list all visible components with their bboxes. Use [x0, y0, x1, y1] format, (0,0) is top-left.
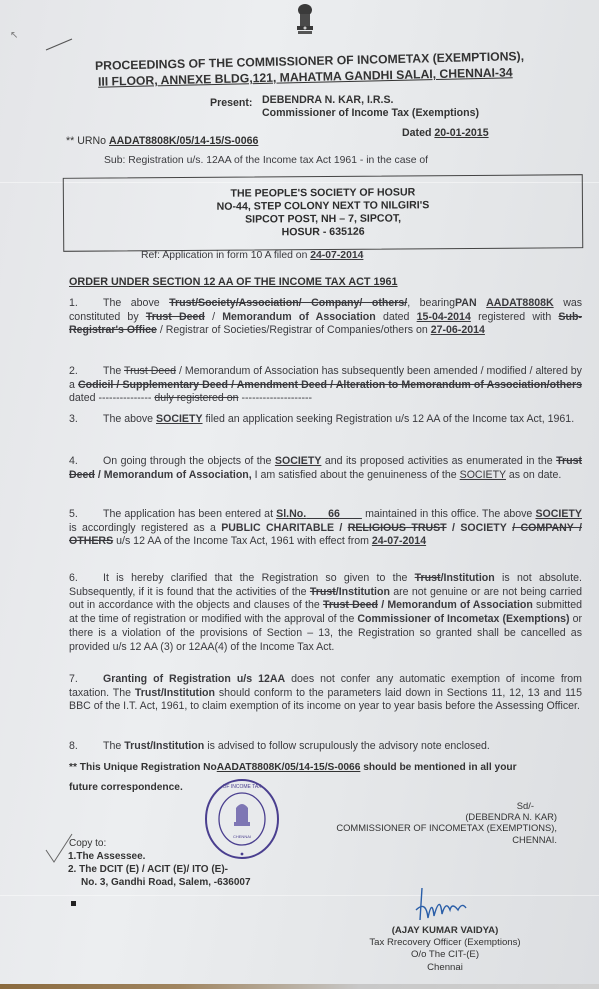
commissioner-name: (DEBENDRA N. KAR) [320, 811, 557, 822]
text: The above [103, 413, 153, 425]
paper-fold [0, 895, 599, 896]
present-label: Present: [210, 97, 252, 109]
copy-to-item: 1.The Assessee. [68, 851, 145, 863]
urn-line: ** URNo AADAT8808K/05/14-15/S-0066 [66, 135, 258, 147]
reference-date: 24-07-2014 [310, 250, 363, 261]
pan-number: AADAT8808K [486, 297, 554, 309]
text: The application has been entered at [103, 508, 273, 520]
text: is accordingly registered as a [69, 522, 216, 534]
urn-number: AADAT8808K/05/14-15/S-0066 [217, 762, 361, 773]
text: /Institution [441, 572, 495, 584]
svg-text:CHENNAI: CHENNAI [233, 834, 251, 839]
official-seal-icon: CHENNAI OF INCOME TAX [203, 778, 281, 860]
paragraph-number: 1. [69, 297, 103, 311]
paragraph-7: 7.Granting of Registration u/s 12AA does… [69, 673, 582, 714]
pen-mark: ↖ [10, 30, 18, 41]
state-emblem-icon [292, 2, 318, 38]
text: and its proposed activities as enumerate… [325, 455, 553, 467]
text: I am satisfied about the genuineness of … [255, 469, 457, 481]
text: filed an application seeking Registratio… [205, 413, 574, 425]
attestation-block: (AJAY KUMAR VAIDYA) Tax Rrecovery Office… [355, 925, 535, 974]
paragraph-number: 7. [69, 673, 103, 687]
copy-to-label: Copy to: [69, 838, 106, 850]
moa-text: Memorandum of Association [222, 311, 376, 323]
text: On going through the objects of the [103, 455, 271, 467]
bold-text: Trust/Institution [124, 740, 204, 752]
text: , bearing [407, 297, 455, 309]
entity-type: SOCIETY [275, 455, 322, 467]
paragraph-number: 5. [69, 508, 103, 522]
text: / [212, 311, 215, 323]
struck-text: Trust Deed [124, 365, 176, 377]
dated-value: 20-01-2015 [434, 127, 488, 139]
attesting-officer-name: (AJAY KUMAR VAIDYA) [355, 925, 535, 937]
attesting-officer-title: Tax Rrecovery Officer (Exemptions) [355, 937, 535, 949]
case-box: THE PEOPLE'S SOCIETY OF HOSUR NO-44, STE… [63, 174, 584, 252]
present-name: DEBENDRA N. KAR, I.R.S. [262, 94, 393, 106]
text: It is hereby clarified that the Registra… [103, 572, 407, 584]
paragraph-4: 4.On going through the objects of the SO… [69, 455, 582, 482]
sd-mark: Sd/- [320, 800, 557, 811]
struck-text: Trust Deed [146, 311, 205, 323]
text: dated [383, 311, 410, 323]
paragraph-number: 2. [69, 365, 103, 379]
text: registered with [478, 311, 551, 323]
urn-prefix: ** URNo [66, 135, 106, 147]
reference-text: Ref: Application in form 10 A filed on [141, 250, 307, 261]
text: dated --------------- [69, 392, 151, 404]
text: is advised to follow scrupulously the ad… [207, 740, 490, 752]
dated-label: Dated [402, 127, 431, 139]
struck-text: RELIGIOUS TRUST [348, 522, 447, 534]
paragraph-number: 3. [69, 413, 103, 427]
urn-number: AADAT8808K/05/14-15/S-0066 [109, 135, 258, 147]
registration-date: 27-06-2014 [431, 324, 485, 336]
paragraph-3: 3.The above SOCIETY filed an application… [69, 413, 582, 427]
attesting-office: O/o The CIT-(E) [355, 949, 535, 961]
struck-text: Trust Deed [323, 599, 378, 611]
commissioner-signature-block: Sd/- (DEBENDRA N. KAR) COMMISSIONER OF I… [320, 800, 557, 845]
copy-to-item: 2. The DCIT (E) / ACIT (E)/ ITO (E)- [68, 864, 228, 876]
text: The above [103, 297, 160, 309]
order-title: ORDER UNDER SECTION 12 AA OF THE INCOME … [69, 276, 398, 288]
present-title: Commissioner of Income Tax (Exemptions) [262, 107, 479, 119]
text: / SOCIETY [452, 522, 507, 534]
text: / Registrar of Societies/Registrar of Co… [160, 324, 428, 336]
commissioner-place: CHENNAI. [320, 834, 557, 845]
paragraph-8: 8.The Trust/Institution is advised to fo… [69, 740, 582, 754]
paragraph-5: 5.The application has been entered at Sl… [69, 508, 582, 549]
handwritten-signature-icon [412, 880, 472, 926]
text: -------------------- [242, 392, 313, 404]
registration-category: PUBLIC CHARITABLE / [221, 522, 342, 534]
copy-to-address: No. 3, Gandhi Road, Salem, -636007 [81, 877, 251, 889]
moa-text: Memorandum of Association, [104, 469, 252, 481]
text: The [103, 740, 121, 752]
text: / [381, 599, 384, 611]
struck-text: Codicil / Supplementary Deed / Amendment… [78, 379, 582, 391]
entity-type: SOCIETY [460, 469, 506, 481]
paragraph-number: 4. [69, 455, 103, 469]
text: /Institution [336, 586, 390, 598]
paragraph-number: 6. [69, 572, 103, 586]
struck-text: Trust [415, 572, 441, 584]
commissioner-title: COMMISSIONER OF INCOMETAX (EXEMPTIONS), [320, 822, 557, 833]
serial-number: Sl.No. 66 [276, 508, 362, 520]
struck-text: Trust [310, 586, 336, 598]
text: ** This Unique Registration No [69, 762, 217, 773]
constitution-date: 15-04-2014 [417, 311, 471, 323]
subject-line: Sub: Registration u/s. 12AA of the Incom… [104, 155, 428, 166]
text: The [103, 365, 121, 377]
paragraph-2: 2.The Trust Deed / Memorandum of Associa… [69, 365, 582, 406]
text: / [98, 469, 101, 481]
paragraph-number: 8. [69, 740, 103, 754]
struck-text: duly registered on [154, 392, 238, 404]
case-pincode: HOSUR - 635126 [64, 224, 582, 241]
paragraph-6: 6.It is hereby clarified that the Regist… [69, 572, 582, 654]
table-edge [0, 984, 599, 989]
entity-type: SOCIETY [535, 508, 582, 520]
cit-text: Commissioner of Incometax (Exemptions) [357, 613, 569, 625]
svg-text:OF INCOME TAX: OF INCOME TAX [223, 784, 263, 790]
bullet-mark [71, 901, 76, 906]
pan-label: PAN [455, 297, 477, 309]
text: maintained in this office. The above [365, 508, 532, 520]
reference-line: Ref: Application in form 10 A filed on 2… [141, 250, 363, 261]
urn-note: ** This Unique Registration NoAADAT8808K… [69, 758, 539, 798]
effective-date: 24-07-2014 [372, 535, 426, 547]
struck-text: Trust/Society/Association/ Company/ othe… [169, 297, 407, 309]
paragraph-1: 1.The above Trust/Society/Association/ C… [69, 297, 582, 338]
entity-type: SOCIETY [156, 413, 203, 425]
text: as on date. [509, 469, 561, 481]
dated-line: Dated 20-01-2015 [402, 127, 489, 139]
attesting-place: Chennai [355, 962, 535, 974]
text: u/s 12 AA of the Income Tax Act, 1961 wi… [116, 535, 369, 547]
bold-text: Trust/Institution [135, 687, 215, 699]
pen-scribble-icon [44, 36, 74, 52]
bold-text: Granting of Registration u/s 12AA [103, 673, 285, 685]
moa-text: Memorandum of Association [387, 599, 533, 611]
